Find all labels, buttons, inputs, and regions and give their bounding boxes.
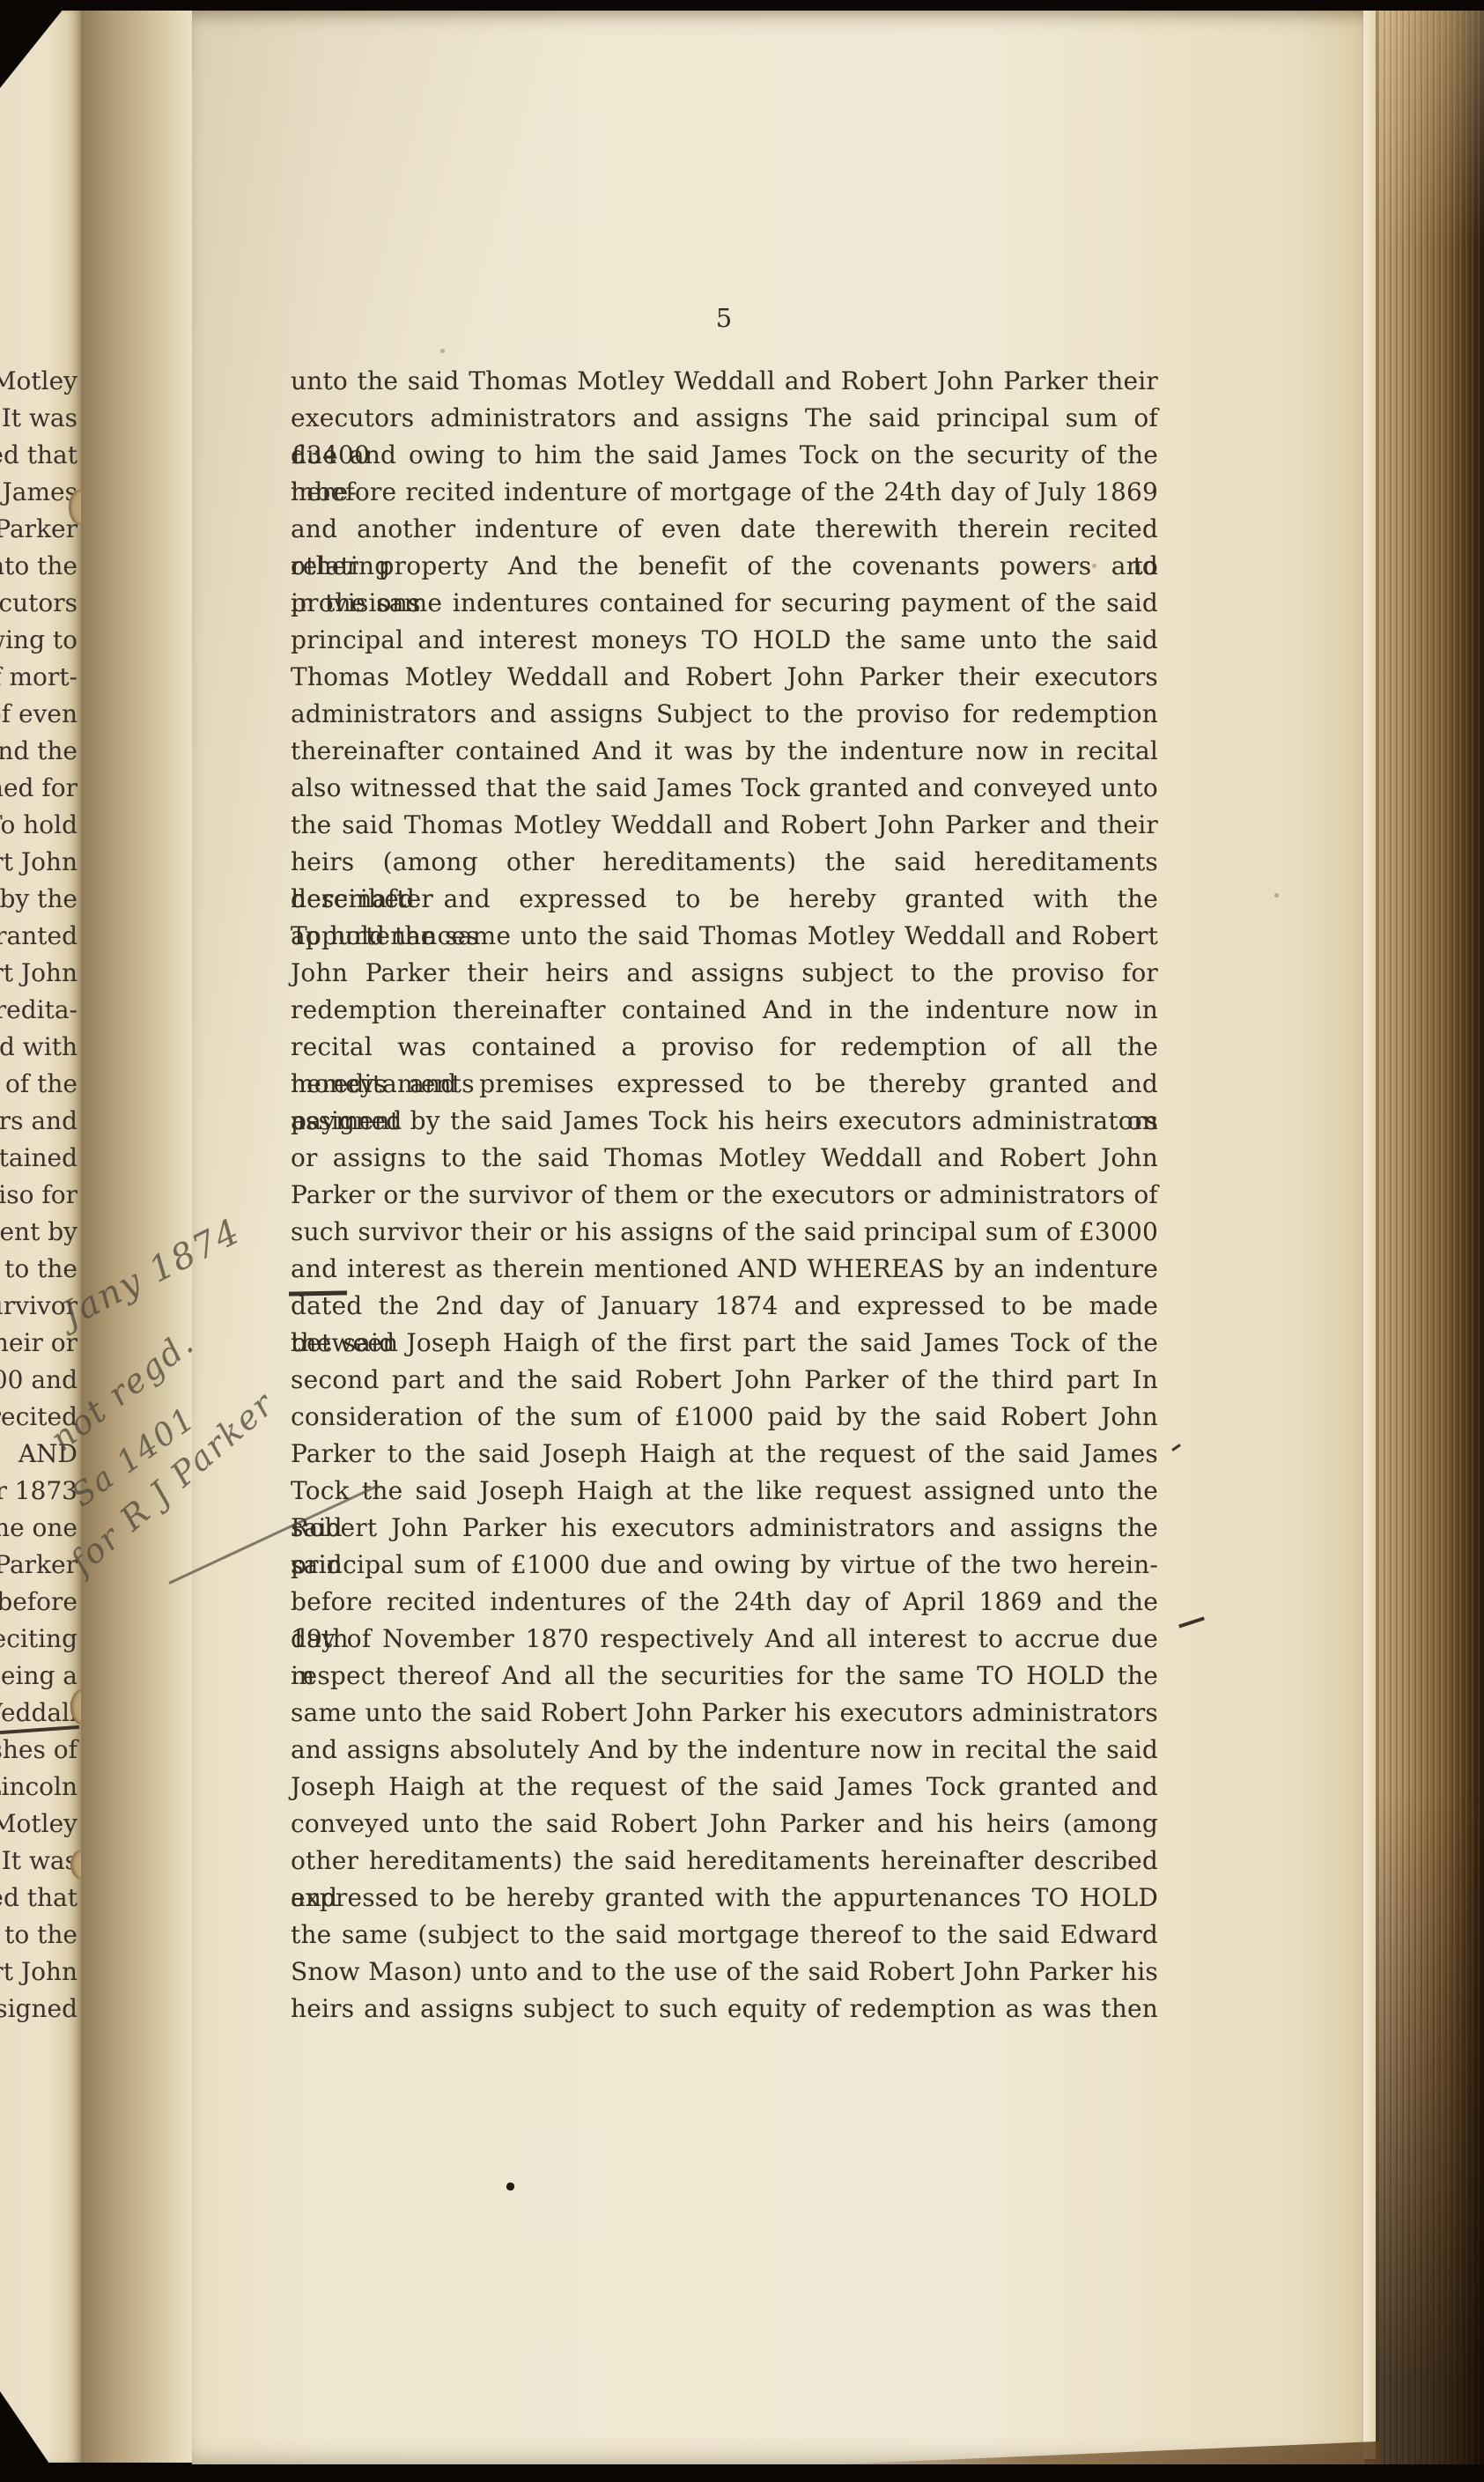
body-text-line: such survivor their or his assigns of th… xyxy=(291,1214,1158,1251)
body-text-line: moneys and premises expressed to be ther… xyxy=(291,1066,1158,1103)
margin-fragment: Lincoln xyxy=(0,1769,78,1806)
margin-fragments-column: MotleyIt wassed thatJamesParkernto thexe… xyxy=(0,363,78,2028)
photo-black-border-bottom xyxy=(0,2464,1484,2482)
margin-fragment: reciting xyxy=(0,1621,78,1658)
margin-fragment: And the xyxy=(0,733,78,770)
body-text-line: Tock the said Joseph Haigh at the like r… xyxy=(291,1473,1158,1510)
body-text-line: respect thereof And all the securities f… xyxy=(291,1658,1158,1695)
margin-fragment: e of the xyxy=(0,1066,78,1103)
body-text-line: Joseph Haigh at the request of the said … xyxy=(291,1769,1158,1806)
body-text-line: described and expressed to be hereby gra… xyxy=(291,881,1158,918)
page-number: 5 xyxy=(291,303,1158,333)
margin-fragment: inbefore xyxy=(0,1584,78,1621)
body-text-line: Snow Mason) unto and to the use of the s… xyxy=(291,1954,1158,1991)
previous-page-edge: MotleyIt wassed thatJamesParkernto thexe… xyxy=(0,11,81,2463)
margin-fragment: granted xyxy=(0,918,78,955)
margin-fragment: eredita- xyxy=(0,992,78,1029)
body-text-line: payment by the said James Tock his heirs… xyxy=(291,1103,1158,1140)
margin-fragment: It was xyxy=(0,400,78,437)
margin-fragment: s by the xyxy=(0,881,78,918)
margin-fragment: of even xyxy=(0,696,78,733)
body-text-line: the said Thomas Motley Weddall and Rober… xyxy=(291,807,1158,844)
margin-fragment: er 1873 xyxy=(0,1473,78,1510)
margin-fragment: sed that xyxy=(0,1880,78,1917)
body-text-line: the said Joseph Haigh of the first part … xyxy=(291,1325,1158,1362)
body-text-line: principal sum of £1000 due and owing by … xyxy=(291,1547,1158,1584)
book-page-photo: MotleyIt wassed thatJamesParkernto thexe… xyxy=(0,0,1484,2482)
margin-fragment: being a xyxy=(0,1658,78,1695)
body-text-line: conveyed unto the said Robert John Parke… xyxy=(291,1806,1158,1843)
body-text-line: redemption thereinafter contained And in… xyxy=(291,992,1158,1029)
body-text-line: Parker to the said Joseph Haigh at the r… xyxy=(291,1436,1158,1473)
margin-fragment: xecutors xyxy=(0,585,78,622)
margin-fragment: ns to the xyxy=(0,1251,78,1288)
body-text-line: thereinafter contained And it was by the… xyxy=(291,733,1158,770)
margin-fragment: ntained xyxy=(0,1140,78,1177)
margin-fragment: their or xyxy=(0,1325,78,1362)
body-text-line: and assigns absolutely And by the indent… xyxy=(291,1732,1158,1769)
margin-fragment: f mort- xyxy=(0,659,78,696)
body-text-line: Thomas Motley Weddall and Robert John Pa… xyxy=(291,659,1158,696)
body-text-line: recital was contained a proviso for rede… xyxy=(291,1029,1158,1066)
body-text-line: due and owing to him the said James Tock… xyxy=(291,437,1158,474)
body-text-line: administrators and assigns Subject to th… xyxy=(291,696,1158,733)
body-text-line: and interest as therein mentioned AND WH… xyxy=(291,1251,1158,1288)
paper-speck xyxy=(440,349,445,353)
top-page-edge-highlight xyxy=(1363,11,1376,2459)
body-text-line: John Parker their heirs and assigns subj… xyxy=(291,955,1158,992)
margin-fragment: To hold xyxy=(0,807,78,844)
margin-fragment: d to the xyxy=(0,1917,78,1954)
margin-fragment: 000 and xyxy=(0,1362,78,1399)
margin-fragment: rt John xyxy=(0,955,78,992)
margin-fragment: viso for xyxy=(0,1177,78,1214)
margin-fragment: ment by xyxy=(0,1214,78,1251)
margin-fragment: assigned xyxy=(0,1991,78,2028)
body-text-line: also witnessed that the said James Tock … xyxy=(291,770,1158,807)
body-text-line: consideration of the sum of £1000 paid b… xyxy=(291,1399,1158,1436)
margin-fragment: It was xyxy=(0,1843,78,1880)
paper-speck xyxy=(1274,893,1279,898)
body-text-line: heirs and assigns subject to such equity… xyxy=(291,1991,1158,2028)
body-text-block: unto the said Thomas Motley Weddall and … xyxy=(291,363,1158,2028)
body-text-line: executors administrators and assigns The… xyxy=(291,400,1158,437)
body-text-line: Parker or the survivor of them or the ex… xyxy=(291,1177,1158,1214)
body-text-line: second part and the said Robert John Par… xyxy=(291,1362,1158,1399)
body-text-line: before recited indentures of the 24th da… xyxy=(291,1584,1158,1621)
body-text-line: other property And the benefit of the co… xyxy=(291,548,1158,585)
body-text-line: in the same indentures contained for sec… xyxy=(291,585,1158,622)
body-text-line: heirs (among other hereditaments) the sa… xyxy=(291,844,1158,881)
margin-fragment: ined for xyxy=(0,770,78,807)
paper-speck xyxy=(1092,564,1096,568)
margin-fragment: wing to xyxy=(0,622,78,659)
fore-edge-page-stack xyxy=(1365,0,1484,2482)
margin-fragment: Motley xyxy=(0,1806,78,1843)
body-text-line: same unto the said Robert John Parker hi… xyxy=(291,1695,1158,1732)
margin-fragment: sed that xyxy=(0,437,78,474)
margin-fragment: rt John xyxy=(0,844,78,881)
margin-fragment: ishes of xyxy=(0,1732,78,1769)
margin-fragment: Motley xyxy=(0,363,78,400)
margin-fragment: the one xyxy=(0,1510,78,1547)
body-text-line: unto the said Thomas Motley Weddall and … xyxy=(291,363,1158,400)
body-text-line: and another indenture of even date there… xyxy=(291,511,1158,548)
margin-fragment: James xyxy=(0,474,78,511)
margin-fragment: Parker xyxy=(0,511,78,548)
body-text-line: principal and interest moneys TO HOLD th… xyxy=(291,622,1158,659)
body-text-line: day of November 1870 respectively And al… xyxy=(291,1621,1158,1658)
photo-black-border-top xyxy=(0,0,1484,11)
margin-fragment: ed with xyxy=(0,1029,78,1066)
margin-fragment: nto the xyxy=(0,548,78,585)
body-text-line: Robert John Parker his executors adminis… xyxy=(291,1510,1158,1547)
margin-fragment: ert John xyxy=(0,1954,78,1991)
body-text-line: expressed to be hereby granted with the … xyxy=(291,1880,1158,1917)
body-text-line: or assigns to the said Thomas Motley Wed… xyxy=(291,1140,1158,1177)
body-text-line: other hereditaments) the said hereditame… xyxy=(291,1843,1158,1880)
body-text-line: inbefore recited indenture of mortgage o… xyxy=(291,474,1158,511)
body-text-line: dated the 2nd day of January 1874 and ex… xyxy=(291,1288,1158,1325)
body-text-line: the same (subject to the said mortgage t… xyxy=(291,1917,1158,1954)
margin-fragment: eirs and xyxy=(0,1103,78,1140)
body-text-line: To hold the same unto the said Thomas Mo… xyxy=(291,918,1158,955)
